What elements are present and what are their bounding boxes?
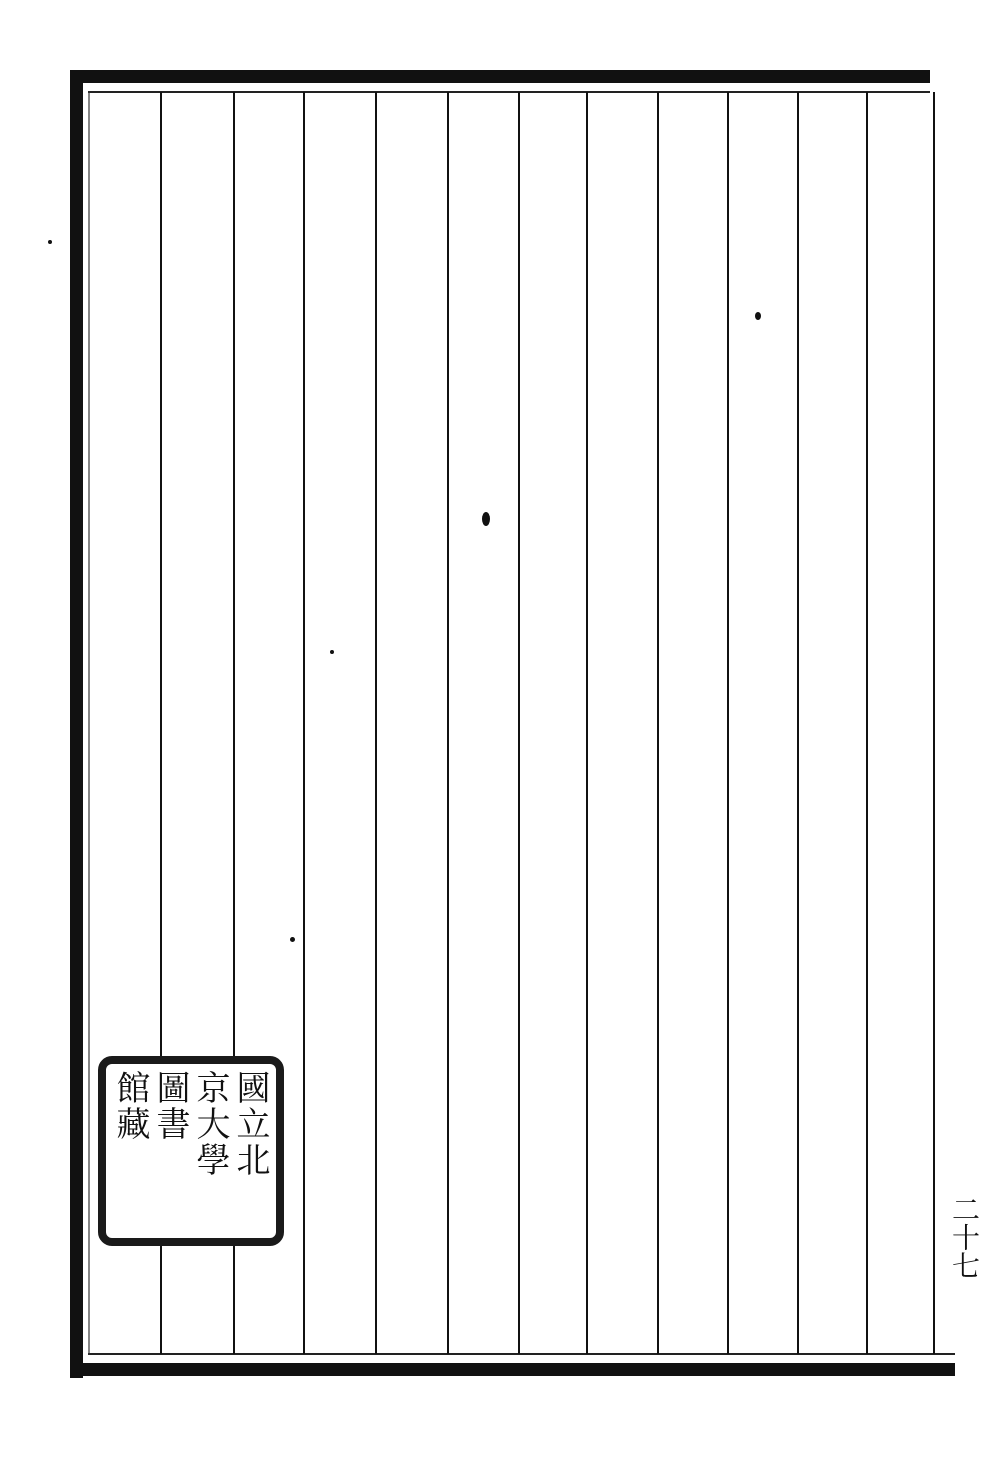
inner-rule-left	[88, 91, 90, 1355]
column-rule	[866, 92, 868, 1354]
inner-rule-bottom	[88, 1353, 955, 1355]
ink-speck	[482, 512, 490, 526]
ink-speck	[48, 240, 52, 244]
frame-border-left	[70, 70, 83, 1378]
book-page: 國立北 京大學 圖書 館藏 二十七	[0, 0, 1000, 1473]
column-rule	[518, 92, 520, 1354]
column-rule	[586, 92, 588, 1354]
margin-page-note: 二十七	[944, 1195, 984, 1279]
ink-speck	[290, 937, 295, 942]
seal-column: 京大學	[190, 1070, 230, 1232]
column-rule	[657, 92, 659, 1354]
ink-speck	[330, 650, 334, 654]
seal-column: 館藏	[110, 1070, 150, 1232]
column-rule	[797, 92, 799, 1354]
column-rule	[727, 92, 729, 1354]
column-rule	[303, 92, 305, 1354]
seal-column: 國立北	[230, 1070, 270, 1232]
inner-rule-top	[88, 91, 930, 93]
column-rule	[933, 92, 935, 1354]
seal-column: 圖書	[150, 1070, 190, 1232]
frame-border-bottom	[70, 1363, 955, 1376]
column-rule	[375, 92, 377, 1354]
ink-speck	[755, 312, 761, 320]
column-rule	[447, 92, 449, 1354]
library-seal: 國立北 京大學 圖書 館藏	[98, 1056, 284, 1246]
frame-border-top	[70, 70, 930, 83]
